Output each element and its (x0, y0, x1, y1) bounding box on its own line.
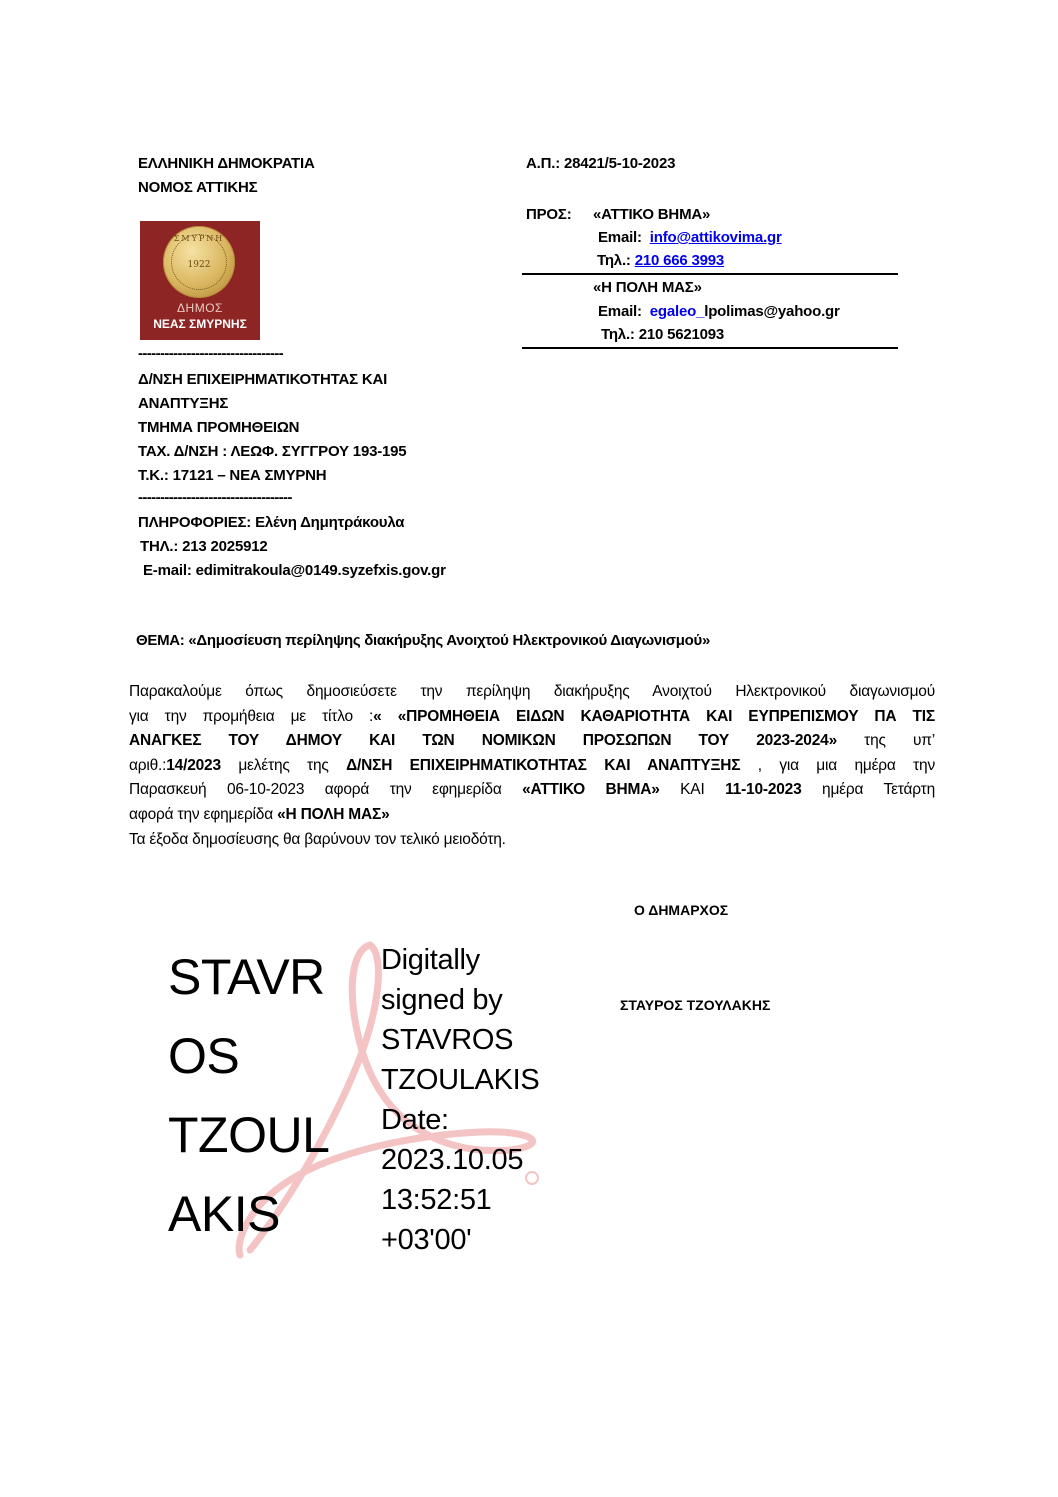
body-line: Τα έξοδα δημοσίευσης θα βαρύνουν τον τελ… (129, 828, 935, 853)
header-block: ΕΛΛΗΝΙΚΗ ΔΗΜΟΚΡΑΤΙΑ ΝΟΜΟΣ ΑΤΤΙΚΗΣ (138, 152, 315, 200)
recipient-2-name: «Η ΠΟΛΗ ΜΑΣ» (593, 276, 702, 300)
recipient-2-phone: 210 5621093 (639, 326, 724, 343)
coin-text: ΣΜΥΡΝΗ (163, 234, 235, 243)
recipient-2-email-prefix: egaleo_ (650, 303, 704, 320)
municipality-logo: ΣΜΥΡΝΗ 1922 ΔΗΜΟΣ ΝΕΑΣ ΣΜΥΡΝΗΣ (140, 221, 260, 340)
logo-line-2: ΝΕΑΣ ΣΜΥΡΝΗΣ (140, 317, 260, 331)
body-line: ΑΝΑΓΚΕΣ ΤΟΥ ΔΗΜΟΥ ΚΑΙ ΤΩΝ ΝΟΜΙΚΩΝ ΠΡΟΣΩΠ… (129, 729, 935, 754)
department-line-1: Δ/ΝΣΗ ΕΠΙΧΕΙΡΗΜΑΤΙΚΟΤΗΤΑΣ ΚΑΙ (138, 368, 406, 392)
section-name: ΤΜΗΜΑ ΠΡΟΜΗΘΕΙΩΝ (138, 416, 406, 440)
coin-year: 1922 (163, 260, 235, 270)
mayor-name: ΣΤΑΥΡΟΣ ΤΖΟΥΛΑΚΗΣ (620, 997, 770, 1013)
recipient-2-email-rest: lpolimas@yahoo.gr (704, 303, 839, 320)
prefecture-name: ΝΟΜΟΣ ΑΤΤΙΚΗΣ (138, 176, 315, 200)
contact-email: E-mail: edimitrakoula@0149.syzefxis.gov.… (143, 559, 446, 583)
contact-person: ΠΛΗΡΟΦΟΡΙΕΣ: Ελένη Δημητράκουλα (138, 511, 446, 535)
body-line: Παρασκευή 06-10-2023 αφορά την εφημερίδα… (129, 778, 935, 803)
recipient-2-phone-row: Τηλ.: 210 5621093 (601, 323, 724, 347)
subject-line: ΘΕΜΑ: «Δημοσίευση περίληψης διακήρυξης Α… (136, 632, 710, 649)
email-label: Email: (598, 229, 642, 246)
divider (522, 347, 898, 349)
recipient-1-name: «ΑΤΤΙΚΟ ΒΗΜΑ» (593, 203, 710, 227)
phone-label: Τηλ.: (601, 326, 635, 343)
contact-block: ΠΛΗΡΟΦΟΡΙΕΣ: Ελένη Δημητράκουλα ΤΗΛ.: 21… (138, 511, 446, 583)
recipient-1-phone-link[interactable]: 210 666 3993 (635, 252, 724, 269)
recipient-2-email-row: Email: egaleo_lpolimas@yahoo.gr (598, 300, 840, 324)
contact-phone: ΤΗΛ.: 213 2025912 (140, 535, 446, 559)
department-line-2: ΑΝΑΠΤΥΞΗΣ (138, 392, 406, 416)
postal-address: ΤΑΧ. Δ/ΝΣΗ : ΛΕΩΦ. ΣΥΓΓΡΟΥ 193-195 (138, 440, 406, 464)
body-line: για την προμήθεια με τίτλο :« «ΠΡΟΜΗΘΕΙΑ… (129, 705, 935, 730)
body-line: αφορά την εφημερίδα «Η ΠΟΛΗ ΜΑΣ» (129, 803, 935, 828)
signature-name: STAVR OS TZOUL AKIS (168, 938, 329, 1254)
body-line: αριθ.:14/2023 μελέτης της Δ/ΝΣΗ ΕΠΙΧΕΙΡΗ… (129, 754, 935, 779)
postal-code: Τ.Κ.: 17121 – ΝΕΑ ΣΜΥΡΝΗ (138, 464, 406, 488)
recipient-1-email-row: Email: info@attikovima.gr (598, 226, 782, 250)
divider (522, 273, 898, 275)
separator: ----------------------------------- (138, 489, 292, 506)
sender-block: Δ/ΝΣΗ ΕΠΙΧΕΙΡΗΜΑΤΙΚΟΤΗΤΑΣ ΚΑΙ ΑΝΑΠΤΥΞΗΣ … (138, 368, 406, 488)
body-line: Παρακαλούμε όπως δημοσιεύσετε την περίλη… (129, 680, 935, 705)
email-label: Email: (598, 303, 642, 320)
body-paragraph: Παρακαλούμε όπως δημοσιεύσετε την περίλη… (129, 680, 935, 852)
mayor-title: Ο ΔΗΜΑΡΧΟΣ (634, 902, 728, 918)
signature-details: Digitally signed by STAVROS TZOULAKIS Da… (381, 940, 539, 1260)
recipient-1-email-link[interactable]: info@attikovima.gr (650, 229, 782, 246)
recipient-1-phone-row: Τηλ.: 210 666 3993 (597, 249, 724, 273)
to-label: ΠΡΟΣ: (526, 203, 572, 227)
country-name: ΕΛΛΗΝΙΚΗ ΔΗΜΟΚΡΑΤΙΑ (138, 152, 315, 176)
coin-emblem-icon: ΣΜΥΡΝΗ 1922 (163, 226, 235, 298)
separator: --------------------------------- (138, 345, 283, 362)
protocol-number: Α.Π.: 28421/5-10-2023 (526, 152, 675, 176)
phone-label: Τηλ.: (597, 252, 631, 269)
logo-line-1: ΔΗΜΟΣ (140, 301, 260, 315)
